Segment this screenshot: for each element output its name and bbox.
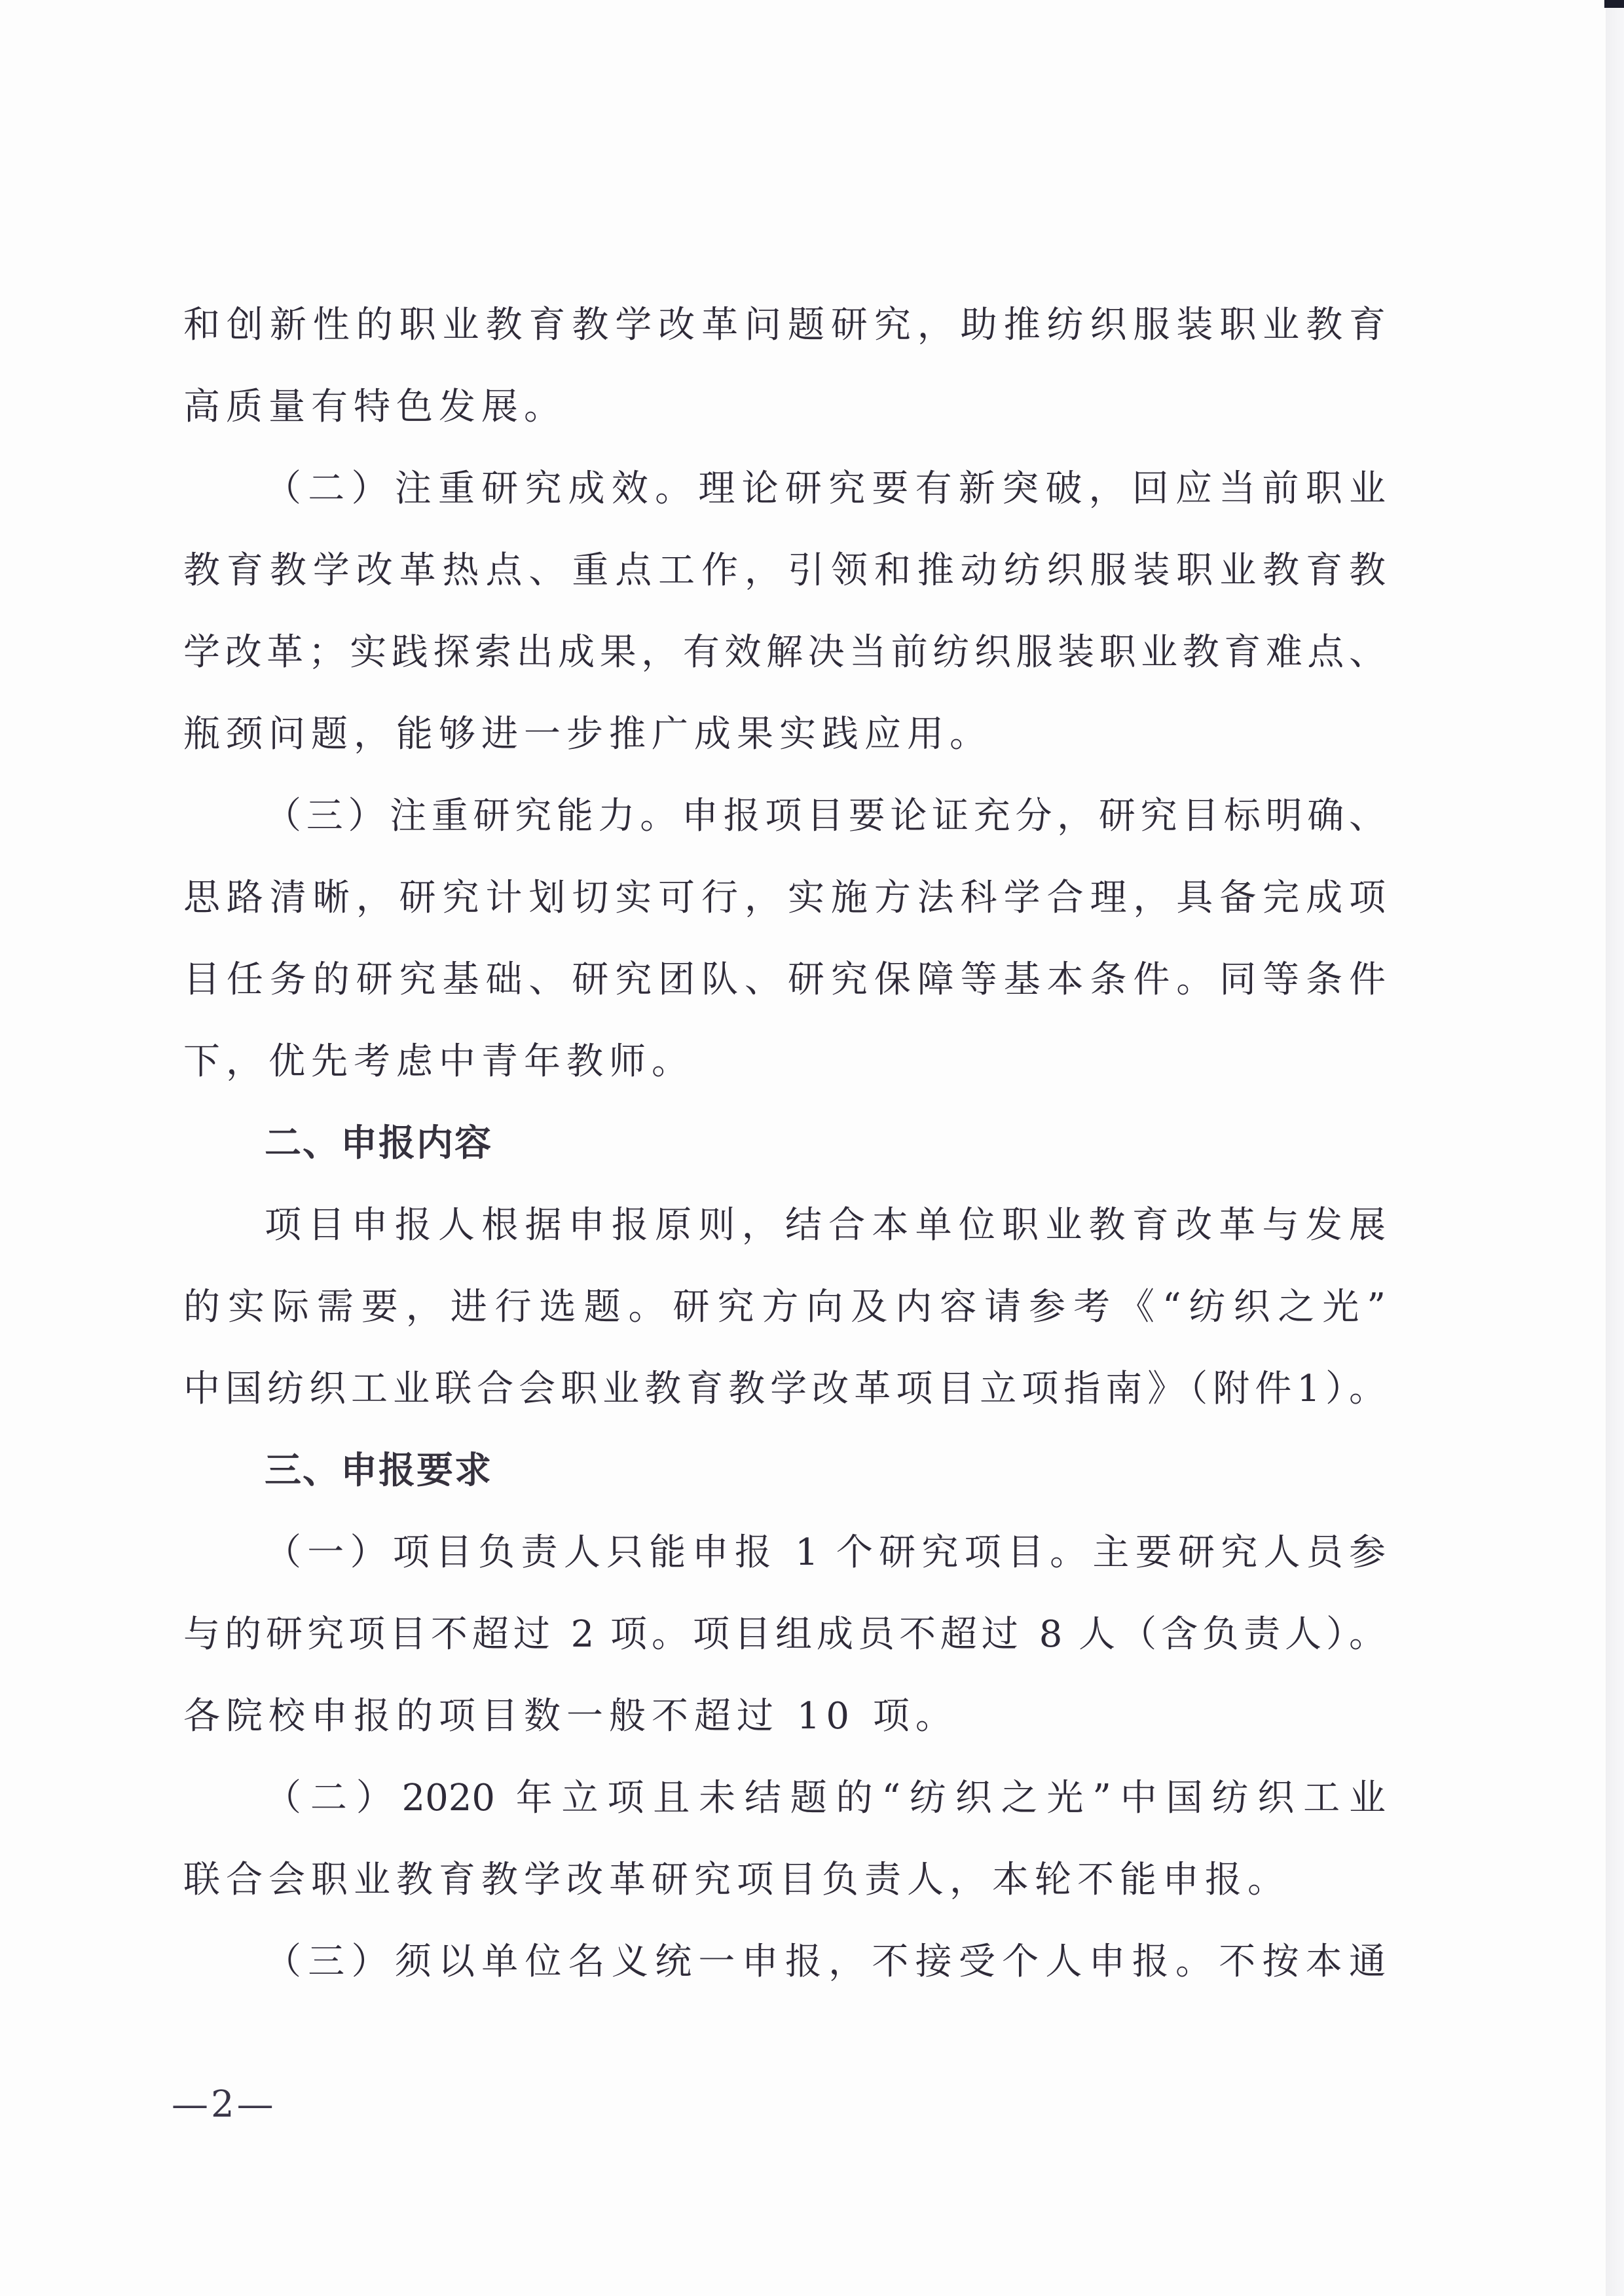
- page-number: —2—: [172, 2082, 276, 2128]
- body-line: 中国纺织工业联合会职业教育教学改革项目立项指南》（附件1）。: [183, 1348, 1386, 1430]
- body-line: 思路清晰，研究计划切实可行，实施方法科学合理，具备完成项: [183, 857, 1386, 939]
- body-line: 高质量有特色发展。: [183, 366, 1386, 448]
- section-heading: 二、申报内容: [183, 1102, 1386, 1184]
- body-line: 目任务的研究基础、研究团队、研究保障等基本条件。同等条件: [183, 939, 1386, 1021]
- scan-edge-mark: [1604, 0, 1624, 8]
- body-line: 各院校申报的项目数一般不超过 10 项。: [183, 1675, 1386, 1757]
- document-body: 和创新性的职业教育教学改革问题研究，助推纺织服装职业教育 高质量有特色发展。 （…: [183, 284, 1386, 2003]
- body-line: 和创新性的职业教育教学改革问题研究，助推纺织服装职业教育: [183, 284, 1386, 366]
- body-line: 瓶颈问题，能够进一步推广成果实践应用。: [183, 693, 1386, 775]
- body-line: 的实际需要，进行选题。研究方向及内容请参考《“纺织之光”: [183, 1266, 1386, 1348]
- paragraph-start-line: （三）注重研究能力。申报项目要论证充分，研究目标明确、: [183, 775, 1386, 857]
- paragraph-start-line: （二）2020 年立项且未结题的“纺织之光”中国纺织工业: [183, 1757, 1386, 1839]
- body-line: 学改革；实践探索出成果，有效解决当前纺织服装职业教育难点、: [183, 611, 1386, 693]
- body-line: 教育教学改革热点、重点工作，引领和推动纺织服装职业教育教: [183, 530, 1386, 611]
- body-line: 下，优先考虑中青年教师。: [183, 1021, 1386, 1102]
- page-edge-shadow: [1606, 0, 1624, 2296]
- paragraph-start-line: （二）注重研究成效。理论研究要有新突破，回应当前职业: [183, 448, 1386, 530]
- paragraph-start-line: （三）须以单位名义统一申报，不接受个人申报。不按本通: [183, 1921, 1386, 2003]
- body-line: 联合会职业教育教学改革研究项目负责人，本轮不能申报。: [183, 1839, 1386, 1921]
- paragraph-start-line: （一）项目负责人只能申报 1 个研究项目。主要研究人员参: [183, 1512, 1386, 1594]
- section-heading: 三、申报要求: [183, 1430, 1386, 1512]
- body-line: 与的研究项目不超过 2 项。项目组成员不超过 8 人（含负责人）。: [183, 1594, 1386, 1675]
- paragraph-start-line: 项目申报人根据申报原则，结合本单位职业教育改革与发展: [183, 1184, 1386, 1266]
